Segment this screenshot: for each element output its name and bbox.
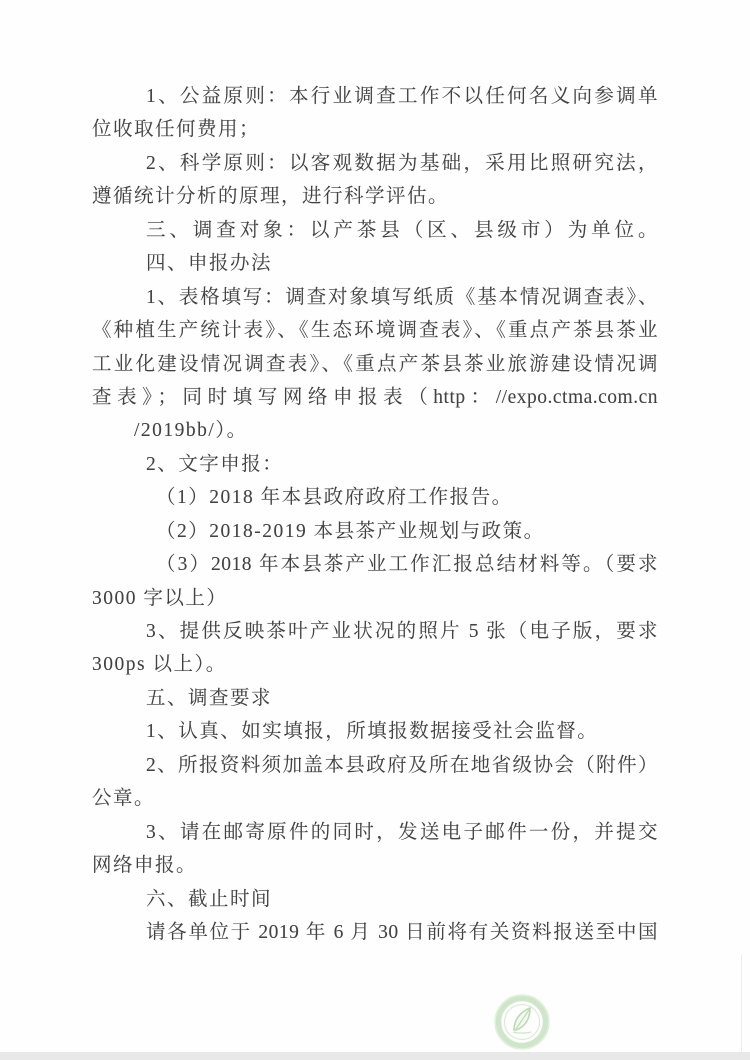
text-line: （3）2018 年本县茶产业工作汇报总结材料等。（要求 [92, 548, 658, 581]
text-line: 2、科学原则：以客观数据为基础，采用比照研究法， [92, 147, 658, 180]
text-line: 2、文字申报： [92, 448, 658, 481]
text-line: 1、表格填写：调查对象填写纸质《基本情况调查表》、 [92, 281, 658, 314]
text-line: 3、请在邮寄原件的同时，发送电子邮件一份，并提交 [92, 816, 658, 849]
text-line: 公章。 [92, 782, 658, 815]
text-line: 遵循统计分析的原理，进行科学评估。 [92, 180, 658, 213]
text-line: /2019bb/）。 [92, 414, 658, 447]
text-line: （2）2018-2019 本县茶产业规划与政策。 [92, 515, 658, 548]
text-line: 3、提供反映茶叶产业状况的照片 5 张（电子版，要求 [92, 615, 658, 648]
text-line: 六、截止时间 [92, 883, 658, 916]
text-line: 三、调查对象：以产茶县（区、县级市）为单位。 [92, 214, 658, 247]
text-line: 2、所报资料须加盖本县政府及所在地省级协会（附件） [92, 749, 658, 782]
text-line: 3000 字以上） [92, 582, 658, 615]
text-line: 《种植生产统计表》、《生态环境调查表》、《重点产茶县茶业 [92, 314, 658, 347]
text-line: 位收取任何费用； [92, 113, 658, 146]
text-line: 1、公益原则：本行业调查工作不以任何名义向参调单 [92, 80, 658, 113]
text-line: 请各单位于 2019 年 6 月 30 日前将有关资料报送至中国 [92, 916, 658, 949]
tea-leaf-seal-watermark [492, 992, 552, 1052]
text-line: 1、认真、如实填报，所填报数据接受社会监督。 [92, 715, 658, 748]
text-line: 五、调查要求 [92, 682, 658, 715]
text-line: 网络申报。 [92, 849, 658, 882]
scan-edge-line-right [741, 955, 742, 1052]
text-line: 查表》；同时填写网络申报表（http：//expo.ctma.com.cn [92, 381, 658, 414]
document-body: 1、公益原则：本行业调查工作不以任何名义向参调单位收取任何费用；2、科学原则：以… [92, 80, 658, 949]
scan-edge-shadow-bottom [0, 1052, 750, 1060]
text-line: 工业化建设情况调查表》、《重点产茶县茶业旅游建设情况调 [92, 348, 658, 381]
text-line: 四、申报办法 [92, 247, 658, 280]
text-line: （1）2018 年本县政府政府工作报告。 [92, 481, 658, 514]
text-line: 300ps 以上）。 [92, 648, 658, 681]
document-page: 1、公益原则：本行业调查工作不以任何名义向参调单位收取任何费用；2、科学原则：以… [0, 0, 750, 1060]
